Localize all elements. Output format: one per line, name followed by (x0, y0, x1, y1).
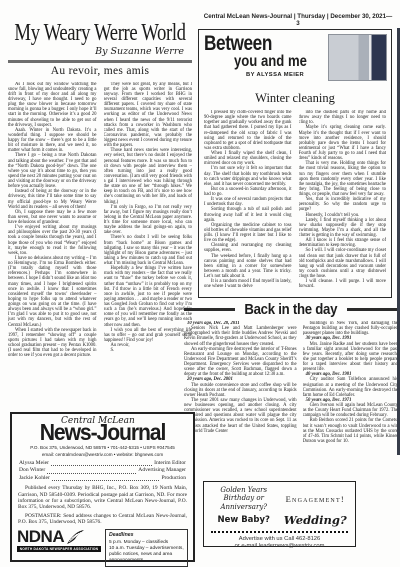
golden-years-text: Golden Years Birthday or Anniversary? (210, 486, 278, 511)
advertise-box: Golden Years Birthday or Anniversary? En… (203, 481, 356, 547)
article-paragraph: I’m not sure why it felt so important th… (204, 166, 292, 187)
rule-left (184, 308, 235, 311)
article-paragraph: Maybe it’s spring cleaning come early. M… (299, 125, 387, 161)
history-paragraph: Mrs. Janine Radke and her students have … (303, 342, 398, 373)
article-paragraph: There’s no doubt I will be seeing folks … (104, 235, 193, 266)
article-paragraph: into the dustiest parts of my home and t… (299, 110, 387, 125)
newspaper-page: Central McLean News-Journal | Thursday |… (0, 0, 400, 567)
staff-row: Jackie Kohler Production (19, 475, 186, 483)
left-article: My Weary Werre World By Suzanne Werre Au… (8, 21, 192, 390)
history-paragraph: Glen Iverson will again head McLean Coun… (303, 403, 398, 418)
article-paragraph: Oh, I suppose there may be a few more th… (8, 210, 97, 225)
staff-name: Don Winter (19, 467, 45, 475)
article-paragraph: Instead of being at the doorway or in th… (8, 189, 97, 210)
back-in-the-day-col1: 10 years ago, Dec. 28, 2011Seniors Nick … (184, 321, 297, 474)
history-paragraph: City auditor Sam Tollefson announced his… (303, 377, 398, 398)
article-paragraph: So I will. I will color-coordinate my cl… (299, 248, 387, 279)
article-paragraph: That is very me. Holding onto things for… (299, 161, 387, 197)
deadlines-box: Deadlines 5 p.m. Monday – classifieds10 … (105, 529, 188, 567)
article-paragraph: I’ve enjoyed writing about my musings an… (8, 225, 97, 256)
article-paragraph: I’m only in Fargo, so I’m not really ver… (104, 205, 193, 236)
article-paragraph: But on a snowed-in Saturday afternoon, i… (204, 187, 292, 197)
article-paragraph: S. (104, 348, 193, 353)
staff-role: Advertising Manager (138, 467, 186, 475)
right-article-col2: into the dustiest parts of my home and t… (299, 110, 387, 297)
left-article-headline: Au revoir, mes amis (8, 65, 192, 77)
staff-role: Production (161, 475, 186, 483)
back-in-the-day-header: Back in the day (184, 301, 398, 318)
back-in-the-day-section: Back in the day 10 years ago, Dec. 28, 2… (184, 301, 398, 474)
ndna-full-name: NORTH DAKOTA NEWSPAPER ASSOCIATION (17, 546, 101, 552)
ndna-acronym-row: NDNA (17, 529, 101, 545)
article-paragraph: Cleaning and rearranging my cleaning sup… (204, 243, 292, 253)
ndna-acronym: NDNA (17, 529, 64, 544)
masthead-bottom-row: NDNA NORTH DAKOTA NEWSPAPER ASSOCIATION … (17, 529, 188, 567)
article-paragraph: When I finally wiped the shelf clean, I … (204, 151, 292, 166)
article-paragraph: Sorting through a tub of nail polish and… (204, 207, 292, 222)
postmaster-text: POSTMASTER: Send address changes to Cent… (18, 513, 187, 525)
left-article-col1: As I look out my window watching the sno… (8, 82, 97, 390)
dot-leader (47, 473, 136, 474)
history-paragraph: The outside convenience store and coffee… (184, 383, 297, 398)
history-paragraph: buildings in New York, and damaging the … (303, 321, 398, 336)
right-article-box: Between you and me BY ALYSSA MEIER Winte… (198, 29, 392, 298)
page-header: Central McLean News-Journal | Thursday |… (203, 13, 393, 27)
engagement-text: Engagement! (282, 494, 350, 504)
staff-name: Jackie Kohler (19, 475, 50, 483)
article-paragraph: Organizing the medicine cabinet to toss … (204, 223, 292, 244)
article-paragraph: Aaah. Winter in North Dakota. It’s a won… (8, 128, 97, 154)
columnist-photo (328, 34, 387, 81)
history-paragraph: The year 2001 saw many changes in Underw… (184, 398, 297, 434)
back-in-the-day-col2: buildings in New York, and damaging the … (303, 321, 398, 474)
left-article-col2: They were not great, by any means, but I… (104, 82, 193, 390)
staff-role: Interim Editor (154, 460, 186, 468)
article-paragraph: I will cleanse. I will purge. I will mov… (299, 279, 387, 289)
dotted-divider (211, 531, 348, 533)
right-article-col1: I pressed my cloth-covered finger into t… (204, 110, 292, 297)
deadline-item: 10 a.m. Tuesday – advertisements, public… (109, 546, 184, 565)
article-paragraph: It is a random mood I find myself in lat… (204, 279, 292, 289)
right-article-headline: Winter cleaning (204, 91, 386, 106)
dot-leader (51, 465, 152, 466)
back-in-the-day-title: Back in the day (245, 301, 338, 318)
article-paragraph: I pressed my cloth-covered finger into t… (204, 110, 292, 151)
advertise-occasions: Golden Years Birthday or Anniversary? En… (210, 486, 349, 527)
ndna-logo: NDNA NORTH DAKOTA NEWSPAPER ASSOCIATION (17, 529, 101, 567)
article-paragraph: I have no delusions about my writing – I… (8, 256, 97, 328)
deadlines-items: 5 p.m. Monday – classifieds10 a.m. Tuesd… (109, 540, 184, 565)
advertise-email-line: or e-mail leadernews@westriv.com (210, 543, 349, 551)
staff-row: Don Winter Advertising Manager (19, 467, 186, 475)
left-article-columns: As I look out my window watching the sno… (8, 82, 192, 390)
staff-row: Alyssa Meier Interim Editor (19, 460, 186, 468)
masthead-contact: email: centralmclean@westriv.com • websi… (17, 452, 188, 457)
article-paragraph: All I know is I feel this strange sense … (299, 238, 387, 248)
article-paragraph: Hopefully a few things I’ve written have… (104, 266, 193, 328)
right-article-header: Between you and me BY ALYSSA MEIER (204, 34, 386, 86)
article-paragraph: Those hard news stories were interesting… (104, 148, 193, 204)
article-paragraph: Yes, that is incredibly indicative of my… (299, 197, 387, 212)
advertise-phone-line: Advertise with us Call 462-8126 (210, 536, 349, 544)
history-paragraph: An early-morning fire destroyed the inte… (184, 347, 297, 378)
left-article-byline: By Suzanne Werre (8, 46, 192, 57)
wedding-text: Wedding? (282, 513, 350, 527)
history-paragraph: Rob Beithon scored 21 points for the Com… (303, 418, 398, 444)
staff-list: Alyssa Meier Interim Editor Don Winter A… (19, 460, 186, 483)
article-paragraph: Lately, I find myself thinking a lot abo… (299, 218, 387, 239)
article-paragraph: They were not great, by any means, but I… (104, 82, 193, 149)
new-baby-text: New Baby? (210, 515, 278, 525)
right-article-columns: I pressed my cloth-covered finger into t… (204, 110, 386, 297)
article-paragraph: As I look out my window watching the sno… (8, 82, 97, 128)
dot-leader (52, 480, 160, 481)
back-in-the-day-columns: 10 years ago, Dec. 28, 2011Seniors Nick … (184, 321, 398, 474)
article-paragraph: I wish you all the best of everything li… (104, 328, 193, 343)
deadlines-title: Deadlines (109, 532, 184, 539)
article-paragraph: When I started with the newspaper back i… (8, 328, 97, 359)
article-paragraph: It was one of several random projects th… (204, 197, 292, 207)
feather-icon (65, 529, 85, 545)
article-paragraph: There I go – being a true North Dakotan … (8, 153, 97, 189)
rule-right (347, 308, 398, 311)
masthead-box: Central McLean News-Journal P.O. Box 375… (10, 412, 195, 562)
published-text: Published every Thursday by BHG, Inc., P… (18, 485, 187, 509)
staff-name: Alyssa Meier (19, 460, 49, 468)
headline-rule (8, 60, 192, 63)
left-article-title: My Weary Werre World (8, 21, 192, 46)
masthead-script-name: Central McLean (61, 416, 188, 426)
masthead-address: P.O. Box 375, Underwood, ND 58576 • 701-… (17, 445, 188, 450)
article-paragraph: The weekend before, I finally hung up a … (204, 254, 292, 280)
history-paragraph: Seniors Nick Lee and Matt Lambenberger w… (184, 326, 297, 347)
